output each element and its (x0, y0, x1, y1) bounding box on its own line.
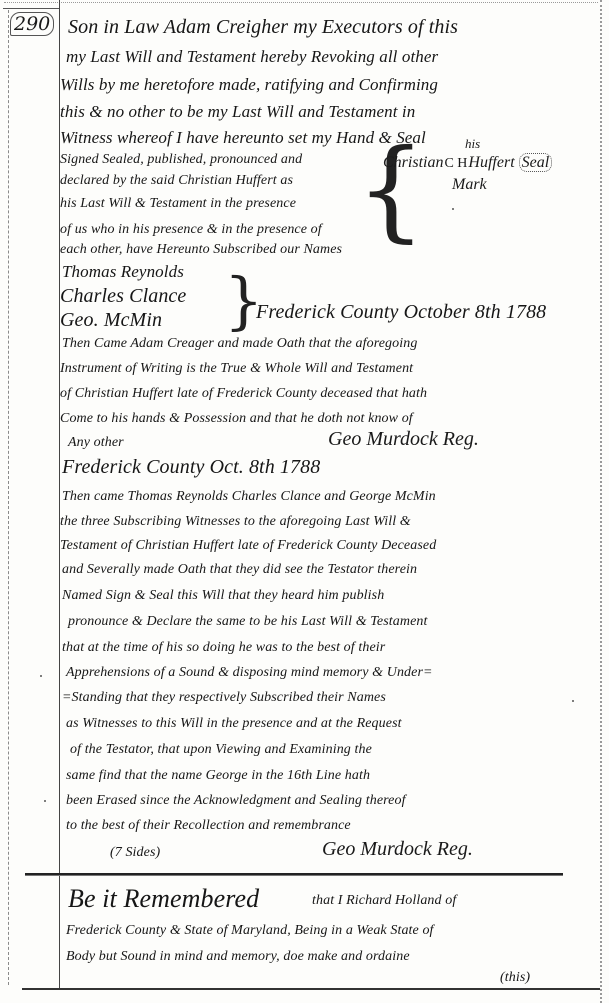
probate-2-line: of the Testator, that upon Viewing and E… (70, 742, 372, 758)
probate-1-heading: Frederick County October 8th 1788 (256, 301, 546, 324)
page-edge-top (4, 2, 598, 3)
page-edge-left (8, 10, 9, 985)
testator-last-name: Huffert (468, 154, 514, 171)
probate-2-line: =Standing that they respectively Subscri… (62, 690, 386, 706)
holland-line: that I Richard Holland of (312, 893, 456, 909)
probate-2-line: same find that the name George in the 16… (66, 768, 370, 784)
probate-1-line: Instrument of Writing is the True & Whol… (60, 361, 413, 377)
will-line: Wills by me heretofore made, ratifying a… (60, 75, 438, 95)
will-line: this & no other to be my Last Will and T… (60, 102, 415, 122)
probate-1-line: of Christian Huffert late of Frederick C… (60, 386, 427, 402)
attestation-line: declared by the said Christian Huffert a… (60, 173, 293, 189)
seal-mark: Seal (519, 153, 553, 172)
probate-1-line: Then Came Adam Creager and made Oath tha… (62, 336, 417, 352)
probate-2-line: Testament of Christian Huffert late of F… (60, 538, 436, 554)
attestation-line: each other, have Hereunto Subscribed our… (60, 242, 342, 258)
probate-2-line: Then came Thomas Reynolds Charles Clance… (62, 489, 436, 505)
testator-mark: C H (444, 156, 467, 171)
probate-2-line: and Severally made Oath that they did se… (62, 562, 417, 578)
witness-name: Geo. McMin (60, 309, 162, 332)
will-line: my Last Will and Testament hereby Revoki… (66, 47, 438, 67)
probate-2-heading: Frederick County Oct. 8th 1788 (62, 456, 320, 479)
register-signature: Geo Murdock Reg. (328, 428, 479, 451)
probate-2-line: as Witnesses to this Will in the presenc… (66, 716, 402, 732)
holland-opening: Be it Remembered (68, 884, 259, 914)
witness-name: Charles Clance (60, 285, 186, 308)
signature-his: his (465, 136, 480, 152)
probate-2-line: that at the time of his so doing he was … (62, 640, 385, 656)
probate-2-line: the three Subscribing Witnesses to the a… (60, 514, 411, 530)
testator-signature: ChristianC HHuffert Seal (383, 154, 552, 172)
probate-1-line: Come to his hands & Possession and that … (60, 411, 413, 427)
register-signature: Geo Murdock Reg. (322, 838, 473, 861)
witness-name: Thomas Reynolds (62, 262, 184, 282)
probate-2-line: pronounce & Declare the same to be his L… (68, 614, 427, 630)
paper-speck (44, 800, 46, 802)
catchword: (this) (500, 970, 530, 986)
probate-2-line: Apprehensions of a Sound & disposing min… (66, 665, 433, 681)
holland-line: Frederick County & State of Maryland, Be… (66, 923, 434, 939)
page-edge-right (600, 0, 602, 1003)
paper-speck (40, 675, 42, 677)
attestation-brace: { (356, 134, 426, 244)
probate-1-line: Any other (68, 435, 124, 451)
paper-speck (572, 700, 574, 702)
probate-2-line: Named Sign & Seal this Will that they he… (62, 588, 384, 604)
holland-line: Body but Sound in mind and memory, doe m… (66, 949, 410, 965)
will-line: Son in Law Adam Creigher my Executors of… (68, 16, 458, 39)
paper-speck (452, 208, 454, 210)
attestation-line: his Last Will & Testament in the presenc… (60, 196, 296, 212)
document-page: 290 Son in Law Adam Creigher my Executor… (0, 0, 609, 1003)
attestation-line: Signed Sealed, published, pronounced and (60, 152, 302, 168)
sides-note: (7 Sides) (110, 845, 160, 861)
probate-2-line: been Erased since the Acknowledgment and… (66, 793, 406, 809)
probate-2-line: to the best of their Recollection and re… (66, 818, 351, 834)
signature-mark-label: Mark (452, 176, 487, 194)
margin-rule (59, 0, 60, 990)
entry-divider (25, 873, 563, 875)
testator-first-name: Christian (383, 154, 443, 171)
attestation-line: of us who in his presence & in the prese… (60, 222, 322, 238)
margin-rule-top (3, 8, 59, 9)
page-bottom-rule (22, 988, 600, 990)
page-number: 290 (10, 12, 54, 36)
